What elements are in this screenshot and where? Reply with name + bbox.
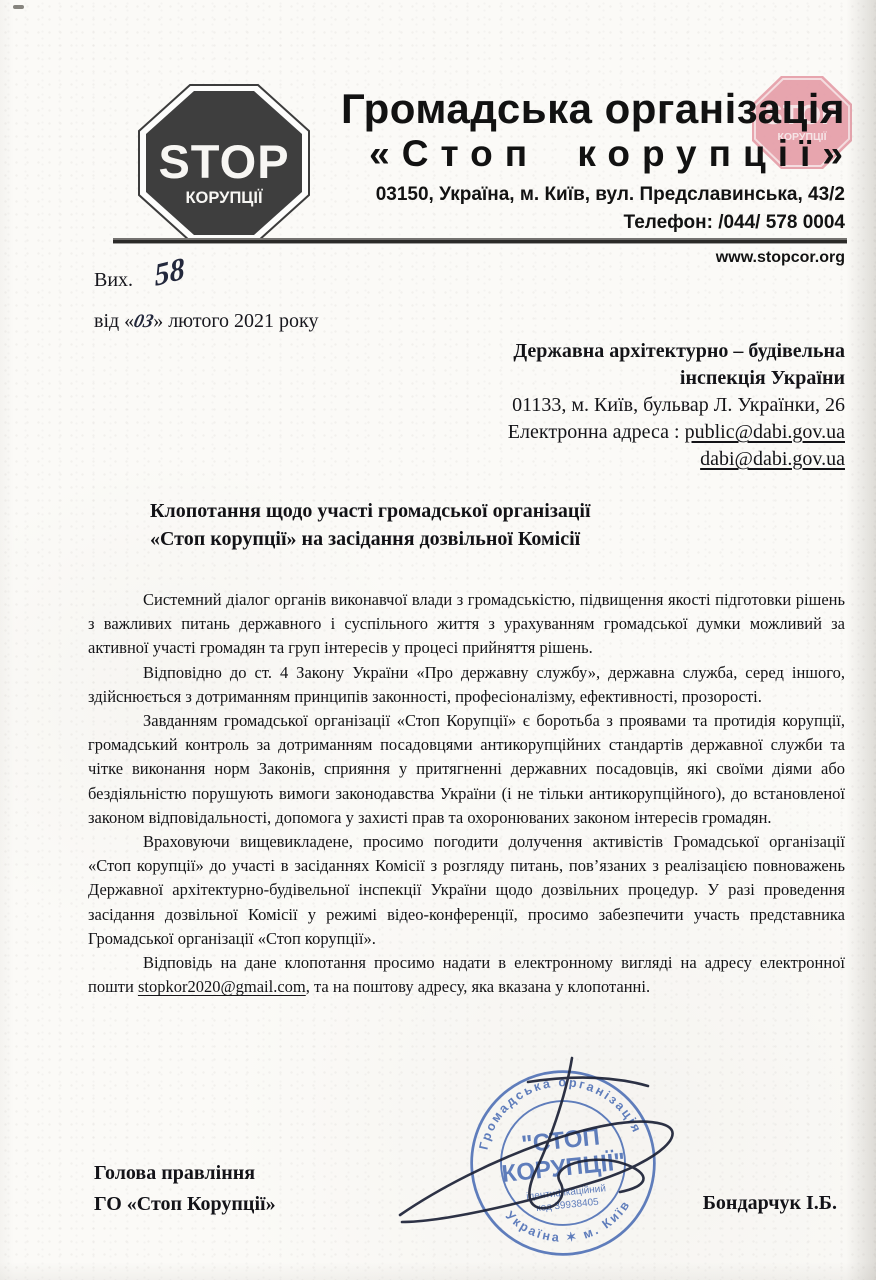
recipient-email-line: Електронна адреса : public@dabi.gov.ua	[508, 419, 845, 446]
org-name-line2: «Стоп корупції»	[245, 132, 855, 176]
body-paragraph: Завданням громадської організації «Стоп …	[88, 709, 845, 830]
closing-after-email: , та на поштову адресу, яка вказана у кл…	[306, 977, 650, 996]
date-suffix: » лютого 2021 року	[153, 310, 318, 332]
scanned-letter-page: STOP КОРУПЦІЇ STOP КОРУПЦІЇ Громадська о…	[0, 0, 876, 1280]
letter-body: Системний діалог органів виконавчої влад…	[88, 588, 845, 999]
body-paragraph: Враховуючи вищевикладене, просимо погоди…	[88, 830, 845, 951]
subject-line1: Клопотання щодо участі громадської орган…	[150, 497, 591, 525]
recipient-name-line2: інспекція України	[508, 365, 845, 392]
scan-artifact-speck	[13, 5, 24, 9]
date-prefix: від «	[94, 310, 134, 332]
signer-name: Бондарчук І.Б.	[703, 1192, 837, 1215]
handwritten-outgoing-number: 58	[153, 250, 186, 294]
reference-block: Вих. 58 від «03» лютого 2021 року	[94, 258, 318, 333]
recipient-block: Державна архітектурно – будівельна інспе…	[508, 338, 845, 473]
letterhead: Громадська організація «Стоп корупції» 0…	[245, 86, 845, 268]
handwritten-day: 03	[132, 311, 156, 333]
subject-line2: «Стоп корупції» на засідання дозвільної …	[150, 525, 591, 553]
date-line: від «03» лютого 2021 року	[94, 310, 318, 333]
signer-title-block: Голова правління ГО «Стоп Корупції»	[94, 1158, 276, 1220]
recipient-email-secondary-link[interactable]: dabi@dabi.gov.ua	[700, 448, 845, 470]
recipient-email-primary-link[interactable]: public@dabi.gov.ua	[685, 421, 845, 443]
contact-email-link[interactable]: stopkor2020@gmail.com	[138, 977, 306, 996]
org-phone: Телефон: /044/ 578 0004	[245, 211, 845, 235]
recipient-email-line2: dabi@dabi.gov.ua	[508, 446, 845, 473]
handwritten-signature	[380, 1040, 720, 1280]
org-address: 03150, Україна, м. Київ, вул. Предславин…	[245, 183, 845, 207]
subject-block: Клопотання щодо участі громадської орган…	[150, 497, 591, 553]
recipient-address: 01133, м. Київ, бульвар Л. Українки, 26	[508, 392, 845, 419]
outgoing-number-label: Вих.	[94, 269, 133, 291]
body-paragraph-closing: Відповідь на дане клопотання просимо над…	[88, 951, 845, 999]
email-label: Електронна адреса :	[508, 421, 685, 443]
signer-title-line1: Голова правління	[94, 1158, 276, 1189]
org-name-line1: Громадська організація	[245, 86, 845, 132]
body-paragraph: Відповідно до ст. 4 Закону України «Про …	[88, 661, 845, 709]
signer-title-line2: ГО «Стоп Корупції»	[94, 1189, 276, 1220]
org-website: www.stopcor.org	[245, 248, 845, 268]
recipient-name-line1: Державна архітектурно – будівельна	[508, 338, 845, 365]
body-paragraph: Системний діалог органів виконавчої влад…	[88, 588, 845, 661]
